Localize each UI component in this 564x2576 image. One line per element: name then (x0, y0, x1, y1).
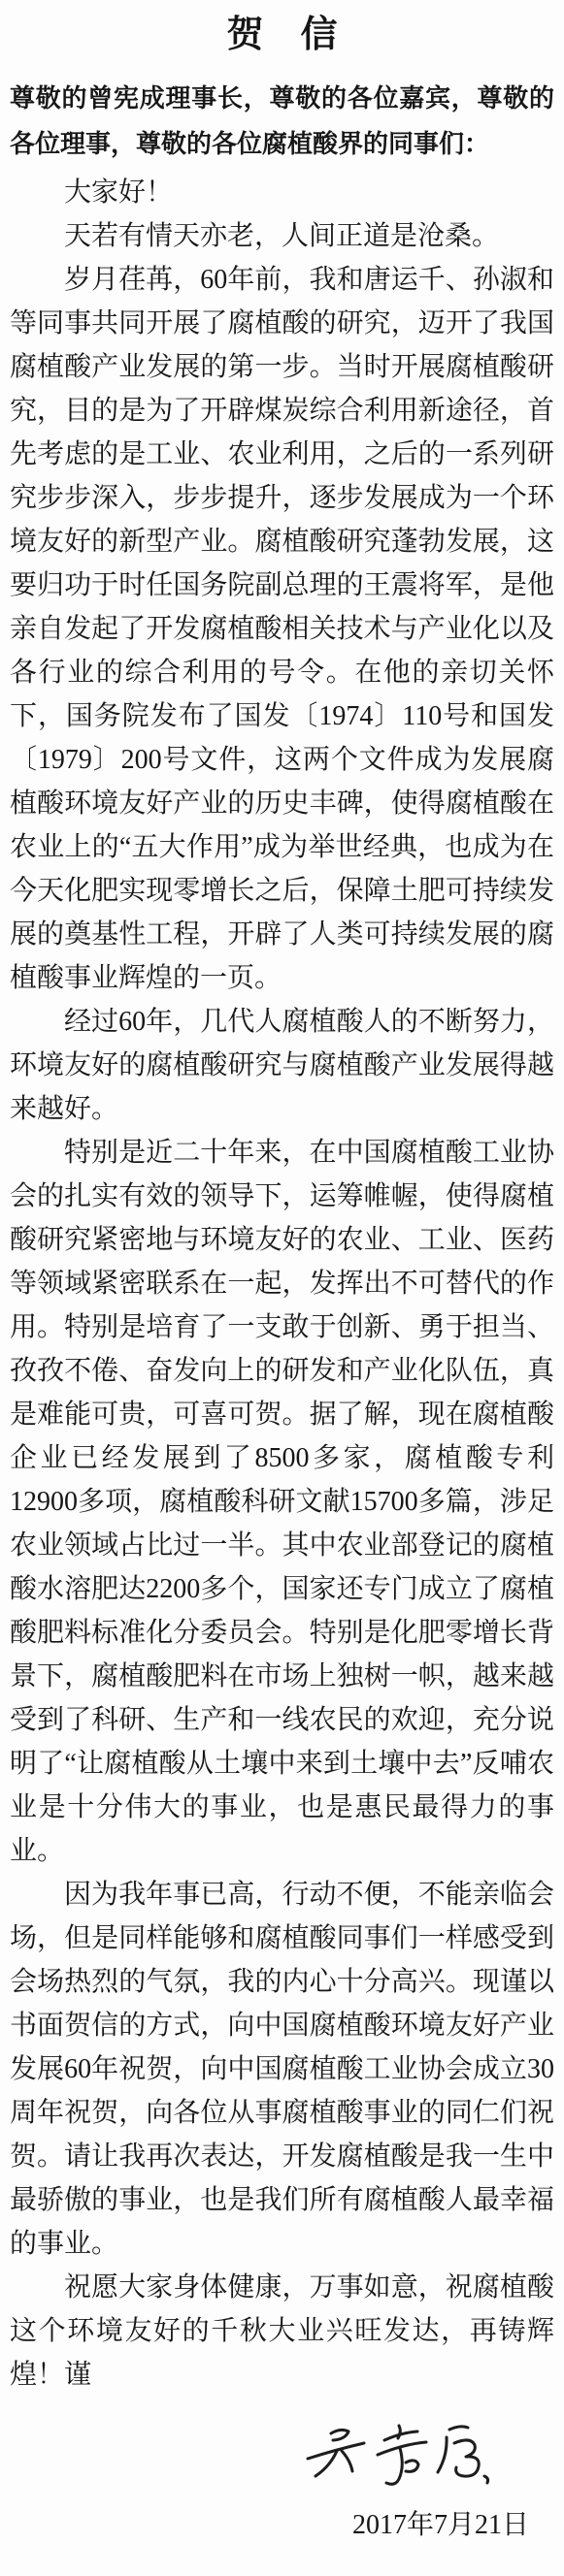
paragraph-poem: 天若有情天亦老，人间正道是沧桑。 (10, 214, 554, 258)
letter-date: 2017年7月21日 (10, 2503, 554, 2547)
paragraph-greeting: 大家好！ (10, 171, 554, 214)
letter-title: 贺 信 (10, 8, 554, 62)
paragraph-history: 岁月荏苒，60年前，我和唐运千、孙淑和等同事共同开展了腐植酸的研究，迈开了我国腐… (10, 258, 554, 1000)
salutation: 尊敬的曾宪成理事长，尊敬的各位嘉宾，尊敬的各位理事，尊敬的各位腐植酸界的同事们： (10, 76, 554, 167)
letter-page: 贺 信 尊敬的曾宪成理事长，尊敬的各位嘉宾，尊敬的各位理事，尊敬的各位腐植酸界的… (0, 0, 564, 2576)
paragraph-personal-message: 因为我年事已高，行动不便，不能亲临会场，但是同样能够和腐植酸同事们一样感受到会场… (10, 1873, 554, 2266)
paragraph-industry-achievements: 特别是近二十年来，在中国腐植酸工业协会的扎实有效的领导下，运筹帷幄，使得腐植酸研… (10, 1131, 554, 1873)
paragraph-wishes: 祝愿大家身体健康，万事如意，祝腐植酸这个环境友好的千秋大业兴旺发达，再铸辉煌！谨 (10, 2266, 554, 2397)
signature-handwriting-icon (302, 2418, 508, 2497)
paragraph-60-years: 经过60年，几代人腐植酸人的不断努力，环境友好的腐植酸研究与腐植酸产业发展得越来… (10, 1000, 554, 1131)
signature-block (10, 2397, 554, 2497)
